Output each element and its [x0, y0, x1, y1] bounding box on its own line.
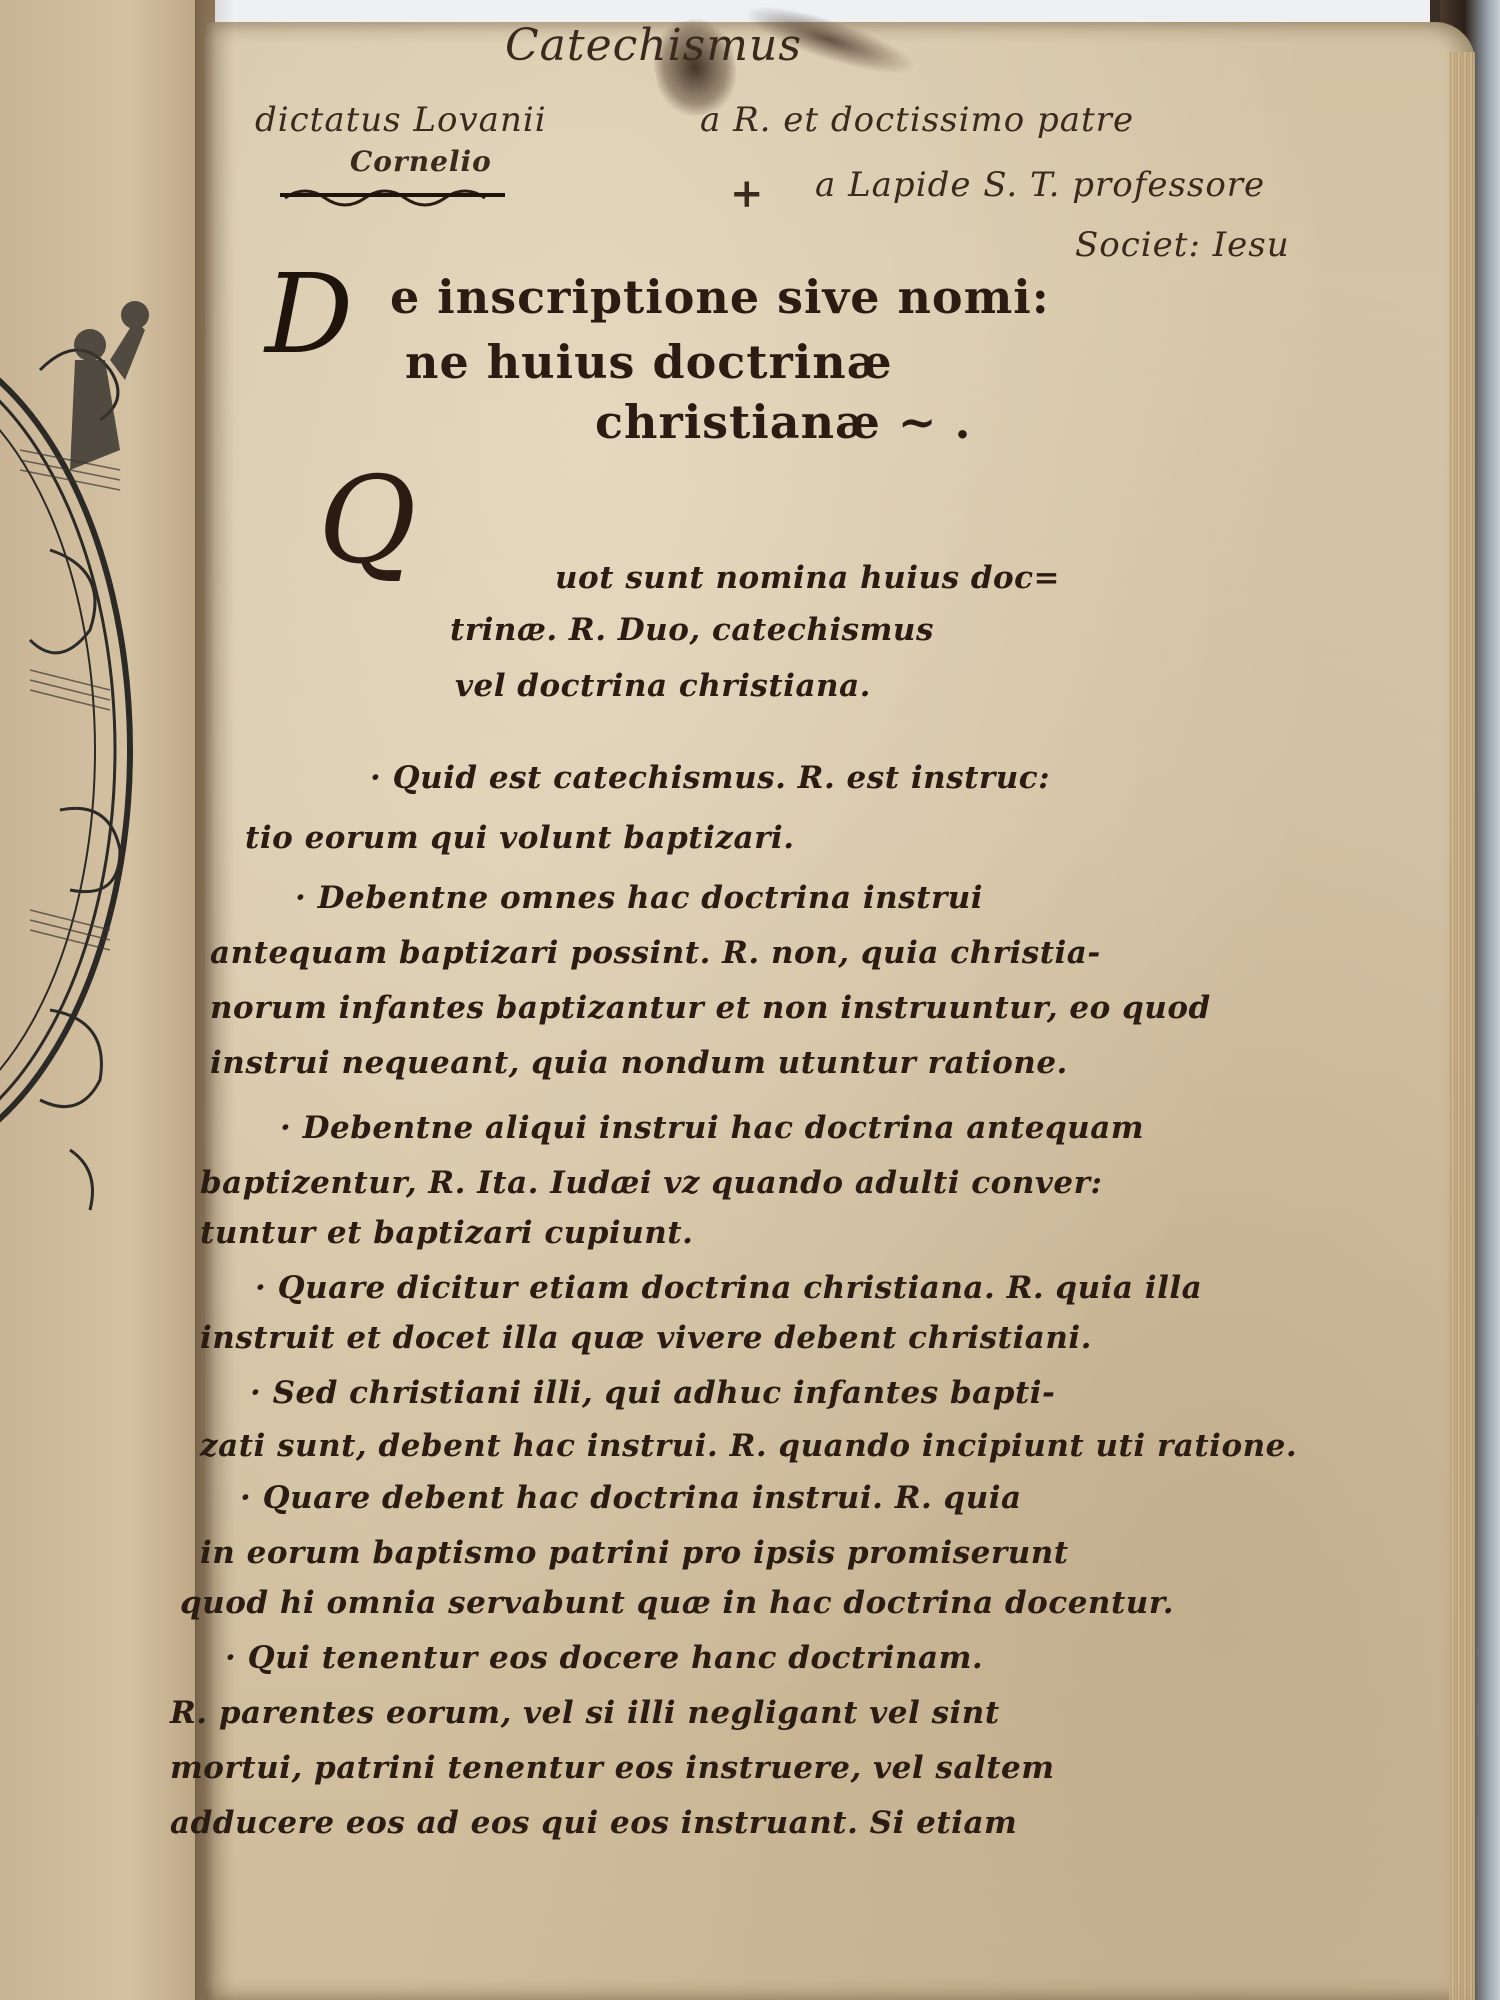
body-line: tuntur et baptizari cupiunt.: [200, 1215, 693, 1251]
title-line-3: christianæ ~ .: [595, 395, 971, 449]
body-line: adducere eos ad eos qui eos instruant. S…: [170, 1805, 1017, 1841]
struck-through-word: [280, 180, 505, 210]
body-line: norum infantes baptizantur et non instru…: [210, 990, 1211, 1026]
body-line: · Quare debent hac doctrina instrui. R. …: [240, 1480, 1022, 1516]
body-line: tio eorum qui volunt baptizari.: [245, 820, 795, 856]
body-line: baptizentur, R. Ita. Iudæi vz quando adu…: [200, 1165, 1102, 1201]
body-line: · Sed christiani illi, qui adhuc infante…: [250, 1375, 1055, 1411]
body-line: instrui nequeant, quia nondum utuntur ra…: [210, 1045, 1068, 1081]
title-line-2: ne huius doctrinæ: [405, 335, 893, 389]
body-line: instruit et docet illa quæ vivere debent…: [200, 1320, 1092, 1356]
title-line-1: e inscriptione sive nomi:: [390, 270, 1050, 324]
body-line: in eorum baptismo patrini pro ipsis prom…: [200, 1535, 1069, 1571]
body-line: zati sunt, debent hac instrui. R. quando…: [200, 1428, 1297, 1464]
inscription-dictatus: dictatus Lovanii: [255, 100, 547, 140]
body-line: mortui, patrini tenentur eos instruere, …: [170, 1750, 1055, 1786]
body-line: antequam baptizari possint. R. non, quia…: [210, 935, 1101, 971]
body-line: · Debentne aliqui instrui hac doctrina a…: [280, 1110, 1144, 1146]
body-line: · Debentne omnes hac doctrina instrui: [295, 880, 983, 916]
body-line: quod hi omnia servabunt quæ in hac doctr…: [180, 1585, 1174, 1621]
body-line: R. parentes eorum, vel si illi negligant…: [170, 1695, 1000, 1731]
body-line: · Quare dicitur etiam doctrina christian…: [255, 1270, 1202, 1306]
body-line: trinæ. R. Duo, catechismus: [450, 612, 934, 648]
inscription-a-lapide: a Lapide S. T. professore: [815, 165, 1265, 205]
body-line: · Qui tenentur eos docere hanc doctrinam…: [225, 1640, 983, 1676]
title-initial: D: [265, 250, 353, 378]
page-edges: [1449, 52, 1475, 2000]
engraving-illustration-icon: [0, 250, 150, 1250]
inscription-catechismus: Catechismus: [505, 20, 802, 71]
body-line: uot sunt nomina huius doc=: [555, 560, 1060, 596]
cross-mark: +: [730, 170, 765, 217]
body-line: · Quid est catechismus. R. est instruc:: [370, 760, 1050, 796]
body-line: vel doctrina christiana.: [455, 668, 871, 704]
inscription-cornelio: Cornelio: [350, 145, 492, 178]
body-drop-cap: Q: [318, 452, 416, 591]
inscription-patre: a R. et doctissimo patre: [700, 100, 1134, 140]
inscription-societ-iesu: Societ: Iesu: [1075, 225, 1290, 265]
